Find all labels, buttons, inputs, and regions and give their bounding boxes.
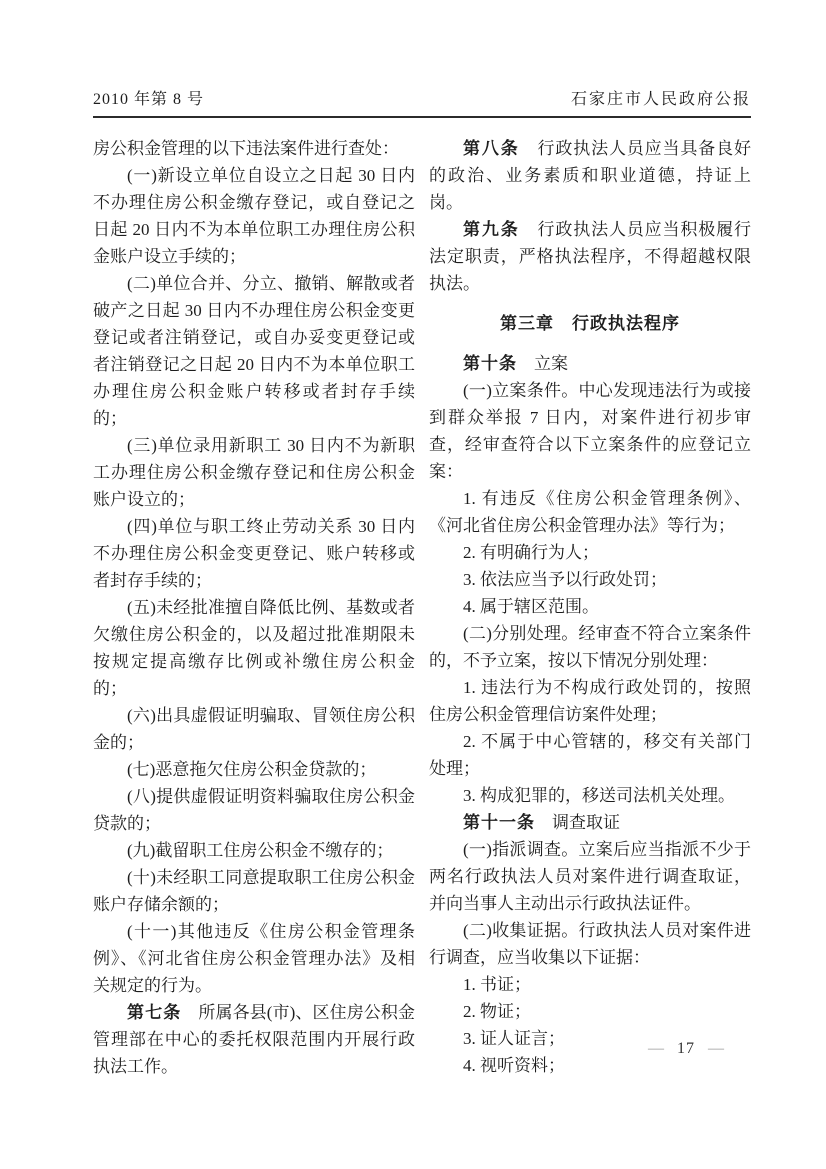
paragraph: 2. 物证； — [429, 998, 751, 1025]
paragraph: (十)未经职工同意提取职工住房公积金账户存储余额的； — [93, 864, 415, 918]
article-number: 第八条 — [463, 139, 520, 158]
paragraph: 第九条 行政执法人员应当积极履行法定职责，严格执法程序，不得超越权限执法。 — [429, 216, 751, 297]
paragraph: 3. 依法应当予以行政处罚； — [429, 566, 751, 593]
right-column: 第八条 行政执法人员应当具备良好的政治、业务素质和职业道德，持证上岗。第九条 行… — [429, 135, 751, 1080]
paragraph: 第十一条 调查取证 — [429, 809, 751, 836]
chapter-heading: 第三章 行政执法程序 — [429, 310, 751, 337]
paragraph: (二)分别处理。经审查不符合立案条件的，不予立案，按以下情况分别处理： — [429, 620, 751, 674]
paragraph: 4. 属于辖区范围。 — [429, 593, 751, 620]
paragraph: 第八条 行政执法人员应当具备良好的政治、业务素质和职业道德，持证上岗。 — [429, 135, 751, 216]
left-column: 房公积金管理的以下违法案件进行查处：(一)新设立单位自设立之日起 30 日内不办… — [93, 135, 415, 1080]
paragraph: 1. 书证； — [429, 971, 751, 998]
paragraph: 3. 构成犯罪的，移送司法机关处理。 — [429, 782, 751, 809]
article-number: 第十条 — [463, 354, 517, 373]
page-footer: — 17 — — [648, 1040, 724, 1058]
page-number: 17 — [677, 1040, 695, 1058]
paragraph: 房公积金管理的以下违法案件进行查处： — [93, 135, 415, 162]
paragraph: 1. 违法行为不构成行政处罚的，按照住房公积金管理信访案件处理； — [429, 674, 751, 728]
paragraph: 第十条 立案 — [429, 350, 751, 377]
footer-dash-right: — — [708, 1040, 724, 1058]
paragraph: 第七条 所属各县(市)、区住房公积金管理部在中心的委托权限范围内开展行政执法工作… — [93, 999, 415, 1080]
paragraph: (四)单位与职工终止劳动关系 30 日内不办理住房公积金变更登记、账户转移或者封… — [93, 513, 415, 594]
paragraph: (一)立案条件。中心发现违法行为或接到群众举报 7 日内，对案件进行初步审查，经… — [429, 377, 751, 485]
paragraph: (七)恶意拖欠住房公积金贷款的； — [93, 756, 415, 783]
paragraph: 1. 有违反《住房公积金管理条例》、《河北省住房公积金管理办法》等行为； — [429, 485, 751, 539]
document-body: 房公积金管理的以下违法案件进行查处：(一)新设立单位自设立之日起 30 日内不办… — [93, 135, 751, 1080]
paragraph: (一)新设立单位自设立之日起 30 日内不办理住房公积金缴存登记，或自登记之日起… — [93, 162, 415, 270]
paragraph: (二)收集证据。行政执法人员对案件进行调查，应当收集以下证据： — [429, 917, 751, 971]
page-header: 2010 年第 8 号 石家庄市人民政府公报 — [93, 86, 751, 118]
document-page: 2010 年第 8 号 石家庄市人民政府公报 房公积金管理的以下违法案件进行查处… — [0, 0, 826, 1169]
paragraph: (五)未经批准擅自降低比例、基数或者欠缴住房公积金的，以及超过批准期限未按规定提… — [93, 594, 415, 702]
article-number: 第九条 — [463, 220, 520, 239]
gazette-title: 石家庄市人民政府公报 — [571, 86, 751, 109]
paragraph: (三)单位录用新职工 30 日内不为新职工办理住房公积金缴存登记和住房公积金账户… — [93, 432, 415, 513]
article-number: 第七条 — [127, 1003, 181, 1022]
issue-number: 2010 年第 8 号 — [93, 86, 204, 109]
paragraph: 2. 有明确行为人； — [429, 539, 751, 566]
footer-dash-left: — — [648, 1040, 664, 1058]
paragraph: (九)截留职工住房公积金不缴存的； — [93, 837, 415, 864]
paragraph: (八)提供虚假证明资料骗取住房公积金贷款的； — [93, 783, 415, 837]
paragraph: (二)单位合并、分立、撤销、解散或者破产之日起 30 日内不办理住房公积金变更登… — [93, 270, 415, 432]
article-number: 第十一条 — [463, 813, 535, 832]
paragraph: (六)出具虚假证明骗取、冒领住房公积金的； — [93, 702, 415, 756]
paragraph: 2. 不属于中心管辖的，移交有关部门处理； — [429, 728, 751, 782]
paragraph: (一)指派调查。立案后应当指派不少于两名行政执法人员对案件进行调查取证，并向当事… — [429, 836, 751, 917]
paragraph: (十一)其他违反《住房公积金管理条例》、《河北省住房公积金管理办法》及相关规定的… — [93, 918, 415, 999]
